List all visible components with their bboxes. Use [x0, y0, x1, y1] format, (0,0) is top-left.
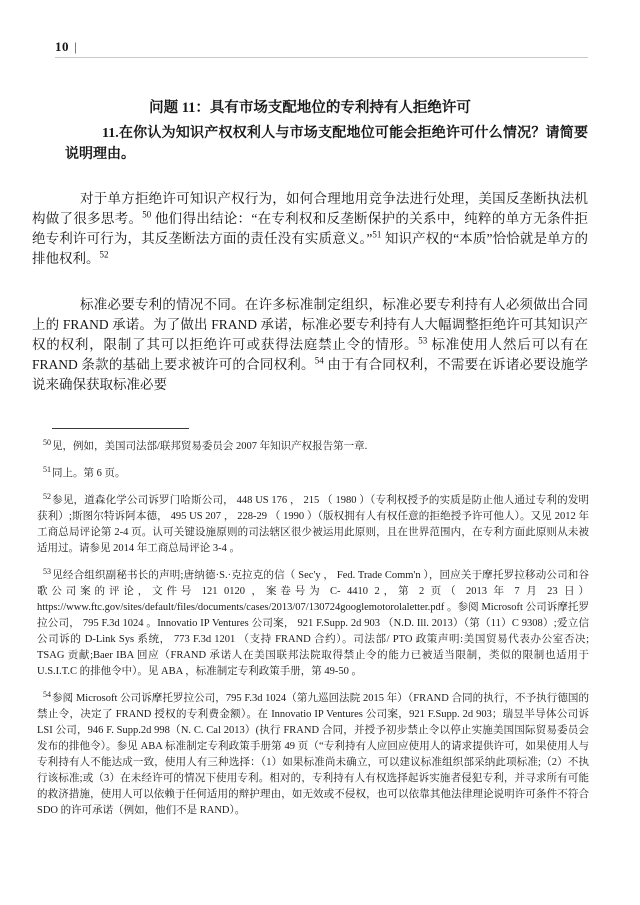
footnote-number: 54: [43, 690, 51, 699]
footnote-ref: 51: [372, 230, 381, 240]
footnote-text: 参阅 Microsoft 公司诉摩托罗拉公司，795 F.3d 1024（第九巡…: [37, 693, 589, 816]
header-rule: [55, 57, 588, 58]
footnote-51: 51同上。第 6 页。: [37, 466, 589, 482]
footnote-53: 53见经合组织副秘书长的声明;唐纳德·S.·克拉克的信（ Sec'y ， Fed…: [37, 568, 589, 680]
footnote-ref: 52: [100, 250, 109, 260]
footnote-54: 54参阅 Microsoft 公司诉摩托罗拉公司，795 F.3d 1024（第…: [37, 691, 589, 819]
footnote-ref: 53: [418, 336, 427, 346]
page-number: 10: [55, 39, 69, 54]
footnote-text: 见，例如，美国司法部/联邦贸易委员会 2007 年知识产权报告第一章.: [52, 441, 367, 452]
body-paragraph-2: 标准必要专利的情况不同。在许多标准制定组织，标准必要专利持有人必须做出合同上的 …: [32, 295, 588, 395]
footnote-text: 参见，道森化学公司诉罗门哈斯公司， 448 US 176 ， 215 （ 198…: [37, 495, 589, 554]
footnote-number: 52: [43, 492, 51, 501]
footnote-number: 50: [43, 438, 51, 447]
footnote-text: 同上。第 6 页。: [52, 468, 126, 479]
section-title: 问题 11：具有市场支配地位的专利持有人拒绝许可: [32, 97, 588, 119]
footnote-number: 51: [43, 465, 51, 474]
page-header: 10|: [55, 39, 77, 55]
footnote-text: 见经合组织副秘书长的声明;唐纳德·S.·克拉克的信（ Sec'y ， Fed. …: [37, 570, 589, 677]
main-content: 问题 11：具有市场支配地位的专利持有人拒绝许可 11.在你认为知识产权权利人与…: [32, 97, 588, 395]
footnote-separator: [52, 428, 189, 429]
footnote-number: 53: [43, 567, 51, 576]
footnote-52: 52参见，道森化学公司诉罗门哈斯公司， 448 US 176 ， 215 （ 1…: [37, 493, 589, 557]
footnote-section: 50见，例如，美国司法部/联邦贸易委员会 2007 年知识产权报告第一章. 51…: [37, 428, 589, 830]
body-paragraph-1: 对于单方拒绝许可知识产权行为，如何合理地用竞争法进行处理，美国反垄断执法机构做了…: [32, 189, 588, 269]
footnote-ref: 50: [142, 210, 151, 220]
header-divider: |: [74, 39, 77, 54]
question-text: 11.在你认为知识产权权利人与市场支配地位可能会拒绝许可什么情况？请简要说明理由…: [32, 123, 588, 165]
footnote-ref: 54: [315, 356, 324, 366]
footnote-50: 50见，例如，美国司法部/联邦贸易委员会 2007 年知识产权报告第一章.: [37, 439, 589, 455]
document-page: 10| 问题 11：具有市场支配地位的专利持有人拒绝许可 11.在你认为知识产权…: [0, 0, 640, 905]
